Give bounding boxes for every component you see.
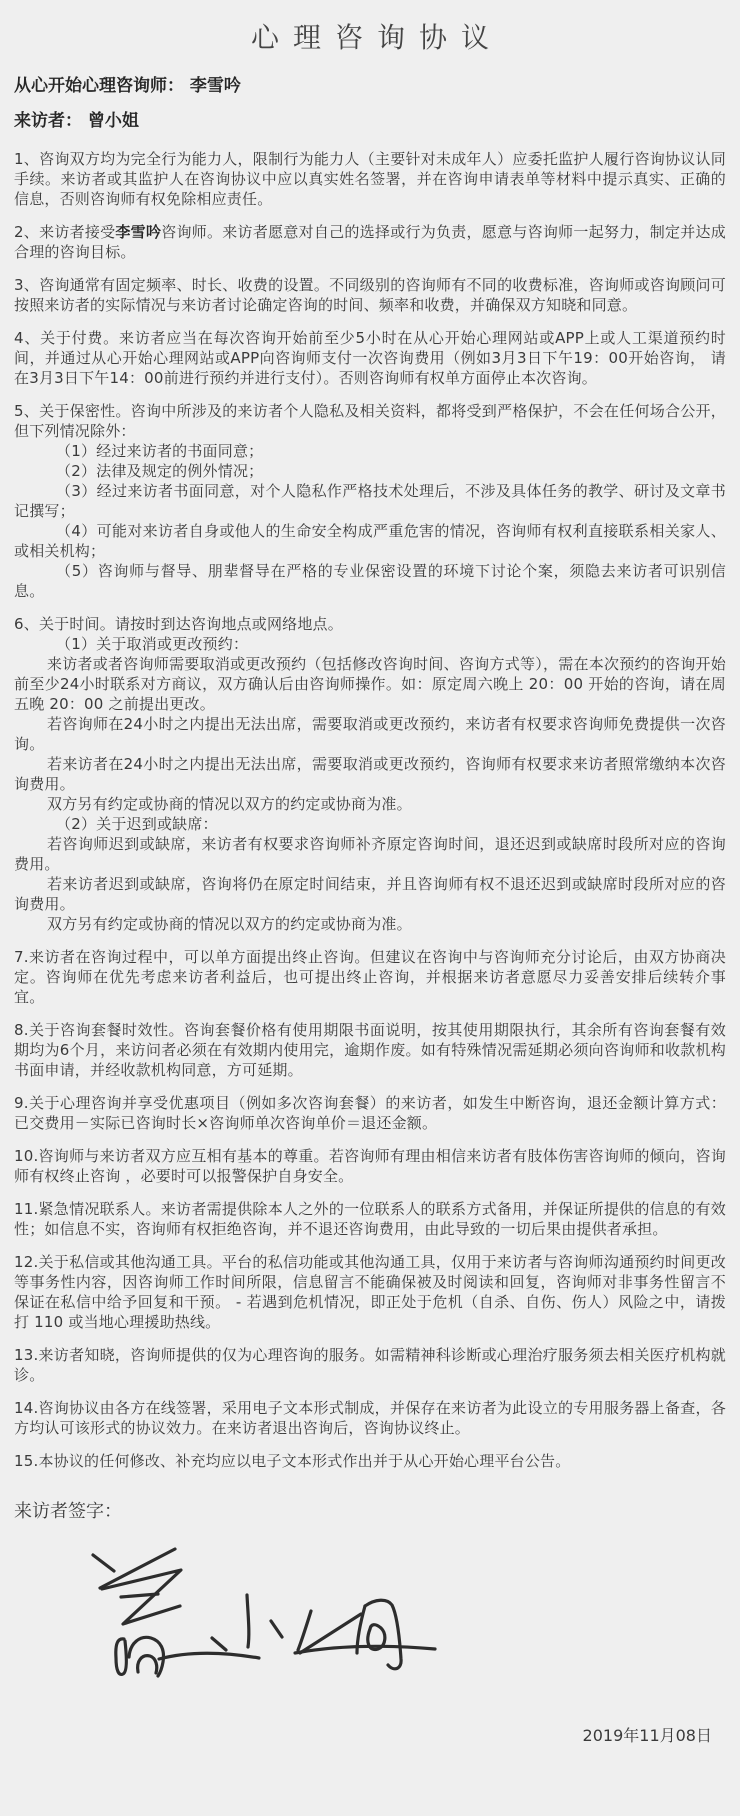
- visitor-line: 来访者： 曾小姐: [14, 109, 726, 133]
- agreement-document: 心理咨询协议 从心开始心理咨询师： 李雪吟 来访者： 曾小姐 1、咨询双方均为完…: [0, 0, 740, 1816]
- clause-paragraph: （1）关于取消或更改预约：: [14, 634, 726, 654]
- counselor-line: 从心开始心理咨询师： 李雪吟: [14, 74, 726, 98]
- clause-text: 4、关于付费。来访者应当在每次咨询开始前至少5小时在从心开始心理网站或APP上或…: [14, 329, 726, 387]
- signature-ink-icon: [44, 1537, 474, 1709]
- clause-text: 8.关于咨询套餐时效性。咨询套餐价格有使用期限书面说明，按其使用期限执行，其余所…: [14, 1021, 726, 1079]
- clause-text: 12.关于私信或其他沟通工具。平台的私信功能或其他沟通工具，仅用于来访者与咨询师…: [14, 1253, 726, 1331]
- clause-block: 3、咨询通常有固定频率、时长、收费的设置。不同级别的咨询师有不同的收费标准，咨询…: [14, 275, 726, 315]
- page-title: 心理咨询协议: [14, 16, 726, 56]
- clause-paragraph: 若咨询师在24小时之内提出无法出席，需要取消或更改预约，来访者有权要求咨询师免费…: [14, 714, 726, 754]
- clause-text: 双方另有约定或协商的情况以双方的约定或协商为准。: [47, 795, 412, 813]
- clause-block: 10.咨询师与来访者双方应互相有基本的尊重。若咨询师有理由相信来访者有肢体伤害咨…: [14, 1146, 726, 1186]
- handwritten-signature: [44, 1537, 474, 1709]
- clause-paragraph: 若咨询师迟到或缺席，来访者有权要求咨询师补齐原定咨询时间，退还迟到或缺席时段所对…: [14, 834, 726, 874]
- clause-paragraph: 14.咨询协议由各方在线签署，采用电子文本形式制成，并保存在来访者为此设立的专用…: [14, 1398, 726, 1438]
- clause-paragraph: 3、咨询通常有固定频率、时长、收费的设置。不同级别的咨询师有不同的收费标准，咨询…: [14, 275, 726, 315]
- clause-block: 1、咨询双方均为完全行为能力人，限制行为能力人（主要针对未成年人）应委托监护人履…: [14, 149, 726, 209]
- date-line: 2019年11月08日: [14, 1723, 726, 1746]
- clause-paragraph: 来访者或者咨询师需要取消或更改预约（包括修改咨询时间、咨询方式等），需在本次预约…: [14, 654, 726, 714]
- clause-block: 15.本协议的任何修改、补充均应以电子文本形式作出并于从心开始心理平台公告。: [14, 1451, 726, 1471]
- clause-paragraph: （4）可能对来访者自身或他人的生命安全构成严重危害的情况，咨询师有权利直接联系相…: [14, 521, 726, 561]
- clause-paragraph: 9.关于心理咨询并享受优惠项目（例如多次咨询套餐）的来访者，如发生中断咨询，退还…: [14, 1093, 726, 1133]
- clause-text: （2）关于迟到或缺席：: [56, 815, 218, 833]
- clause-text: 9.关于心理咨询并享受优惠项目（例如多次咨询套餐）的来访者，如发生中断咨询，退还…: [14, 1094, 726, 1132]
- clause-text: （5）咨询师与督导、朋辈督导在严格的专业保密设置的环境下讨论个案，须隐去来访者可…: [14, 562, 726, 600]
- clause-text: 2、来访者接受: [14, 223, 115, 241]
- clause-block: 13.来访者知晓，咨询师提供的仅为心理咨询的服务。如需精神科诊断或心理治疗服务须…: [14, 1345, 726, 1385]
- clause-text: 1、咨询双方均为完全行为能力人，限制行为能力人（主要针对未成年人）应委托监护人履…: [14, 150, 726, 208]
- clause-block: 8.关于咨询套餐时效性。咨询套餐价格有使用期限书面说明，按其使用期限执行，其余所…: [14, 1020, 726, 1080]
- clause-text: （4）可能对来访者自身或他人的生命安全构成严重危害的情况，咨询师有权利直接联系相…: [14, 522, 726, 560]
- clause-text: 5、关于保密性。咨询中所涉及的来访者个人隐私及相关资料，都将受到严格保护，不会在…: [14, 402, 726, 440]
- clause-block: 14.咨询协议由各方在线签署，采用电子文本形式制成，并保存在来访者为此设立的专用…: [14, 1398, 726, 1438]
- clause-block: 11.紧急情况联系人。来访者需提供除本人之外的一位联系人的联系方式备用，并保证所…: [14, 1199, 726, 1239]
- clause-paragraph: 若来访者迟到或缺席，咨询将仍在原定时间结束，并且咨询师有权不退还迟到或缺席时段所…: [14, 874, 726, 914]
- clause-text: 13.来访者知晓，咨询师提供的仅为心理咨询的服务。如需精神科诊断或心理治疗服务须…: [14, 1346, 726, 1384]
- clause-text: 15.本协议的任何修改、补充均应以电子文本形式作出并于从心开始心理平台公告。: [14, 1452, 570, 1470]
- clause-text: （2）法律及规定的例外情况；: [56, 462, 263, 480]
- clause-paragraph: （3）经过来访者书面同意，对个人隐私作严格技术处理后，不涉及具体任务的教学、研讨…: [14, 481, 726, 521]
- clause-paragraph: 8.关于咨询套餐时效性。咨询套餐价格有使用期限书面说明，按其使用期限执行，其余所…: [14, 1020, 726, 1080]
- clause-text: 若咨询师在24小时之内提出无法出席，需要取消或更改预约，来访者有权要求咨询师免费…: [14, 715, 726, 753]
- clause-paragraph: 若来访者在24小时之内提出无法出席，需要取消或更改预约，咨询师有权要求来访者照常…: [14, 754, 726, 794]
- clause-paragraph: 双方另有约定或协商的情况以双方的约定或协商为准。: [14, 794, 726, 814]
- clause-paragraph: 1、咨询双方均为完全行为能力人，限制行为能力人（主要针对未成年人）应委托监护人履…: [14, 149, 726, 209]
- clause-paragraph: （1）经过来访者的书面同意；: [14, 441, 726, 461]
- clause-paragraph: 2、来访者接受李雪吟咨询师。来访者愿意对自己的选择或行为负责，愿意与咨询师一起努…: [14, 222, 726, 262]
- clause-block: 9.关于心理咨询并享受优惠项目（例如多次咨询套餐）的来访者，如发生中断咨询，退还…: [14, 1093, 726, 1133]
- counselor-name-bold: 李雪吟: [115, 223, 161, 241]
- clause-text: 3、咨询通常有固定频率、时长、收费的设置。不同级别的咨询师有不同的收费标准，咨询…: [14, 276, 726, 314]
- clause-paragraph: 10.咨询师与来访者双方应互相有基本的尊重。若咨询师有理由相信来访者有肢体伤害咨…: [14, 1146, 726, 1186]
- clause-block: 12.关于私信或其他沟通工具。平台的私信功能或其他沟通工具，仅用于来访者与咨询师…: [14, 1252, 726, 1332]
- clause-text: 来访者或者咨询师需要取消或更改预约（包括修改咨询时间、咨询方式等），需在本次预约…: [14, 655, 726, 713]
- clause-paragraph: 双方另有约定或协商的情况以双方的约定或协商为准。: [14, 914, 726, 934]
- clauses: 1、咨询双方均为完全行为能力人，限制行为能力人（主要针对未成年人）应委托监护人履…: [14, 149, 726, 1471]
- clause-text: 双方另有约定或协商的情况以双方的约定或协商为准。: [47, 915, 412, 933]
- clause-paragraph: 6、关于时间。请按时到达咨询地点或网络地点。: [14, 614, 726, 634]
- clause-paragraph: 15.本协议的任何修改、补充均应以电子文本形式作出并于从心开始心理平台公告。: [14, 1451, 726, 1471]
- clause-block: 6、关于时间。请按时到达咨询地点或网络地点。（1）关于取消或更改预约：来访者或者…: [14, 614, 726, 934]
- clause-block: 7.来访者在咨询过程中，可以单方面提出终止咨询。但建议在咨询中与咨询师充分讨论后…: [14, 947, 726, 1007]
- clause-block: 5、关于保密性。咨询中所涉及的来访者个人隐私及相关资料，都将受到严格保护，不会在…: [14, 401, 726, 601]
- clause-text: 若来访者在24小时之内提出无法出席，需要取消或更改预约，咨询师有权要求来访者照常…: [14, 755, 726, 793]
- clause-text: 若咨询师迟到或缺席，来访者有权要求咨询师补齐原定咨询时间，退还迟到或缺席时段所对…: [14, 835, 726, 873]
- clause-block: 4、关于付费。来访者应当在每次咨询开始前至少5小时在从心开始心理网站或APP上或…: [14, 328, 726, 388]
- clause-text: 若来访者迟到或缺席，咨询将仍在原定时间结束，并且咨询师有权不退还迟到或缺席时段所…: [14, 875, 726, 913]
- clause-paragraph: 4、关于付费。来访者应当在每次咨询开始前至少5小时在从心开始心理网站或APP上或…: [14, 328, 726, 388]
- clause-paragraph: （2）关于迟到或缺席：: [14, 814, 726, 834]
- clause-text: 14.咨询协议由各方在线签署，采用电子文本形式制成，并保存在来访者为此设立的专用…: [14, 1399, 726, 1437]
- clause-text: （1）关于取消或更改预约：: [56, 635, 248, 653]
- clause-paragraph: 12.关于私信或其他沟通工具。平台的私信功能或其他沟通工具，仅用于来访者与咨询师…: [14, 1252, 726, 1332]
- clause-text: （1）经过来访者的书面同意；: [56, 442, 263, 460]
- clause-paragraph: （5）咨询师与督导、朋辈督导在严格的专业保密设置的环境下讨论个案，须隐去来访者可…: [14, 561, 726, 601]
- clause-text: 10.咨询师与来访者双方应互相有基本的尊重。若咨询师有理由相信来访者有肢体伤害咨…: [14, 1147, 726, 1185]
- clause-block: 2、来访者接受李雪吟咨询师。来访者愿意对自己的选择或行为负责，愿意与咨询师一起努…: [14, 222, 726, 262]
- clause-text: 6、关于时间。请按时到达咨询地点或网络地点。: [14, 615, 343, 633]
- signature-label: 来访者签字：: [14, 1497, 726, 1523]
- clause-paragraph: 7.来访者在咨询过程中，可以单方面提出终止咨询。但建议在咨询中与咨询师充分讨论后…: [14, 947, 726, 1007]
- clause-text: 11.紧急情况联系人。来访者需提供除本人之外的一位联系人的联系方式备用，并保证所…: [14, 1200, 726, 1238]
- clause-text: （3）经过来访者书面同意，对个人隐私作严格技术处理后，不涉及具体任务的教学、研讨…: [14, 482, 726, 520]
- clause-text: 7.来访者在咨询过程中，可以单方面提出终止咨询。但建议在咨询中与咨询师充分讨论后…: [14, 948, 726, 1006]
- clause-paragraph: 5、关于保密性。咨询中所涉及的来访者个人隐私及相关资料，都将受到严格保护，不会在…: [14, 401, 726, 441]
- clause-paragraph: （2）法律及规定的例外情况；: [14, 461, 726, 481]
- clause-paragraph: 11.紧急情况联系人。来访者需提供除本人之外的一位联系人的联系方式备用，并保证所…: [14, 1199, 726, 1239]
- clause-paragraph: 13.来访者知晓，咨询师提供的仅为心理咨询的服务。如需精神科诊断或心理治疗服务须…: [14, 1345, 726, 1385]
